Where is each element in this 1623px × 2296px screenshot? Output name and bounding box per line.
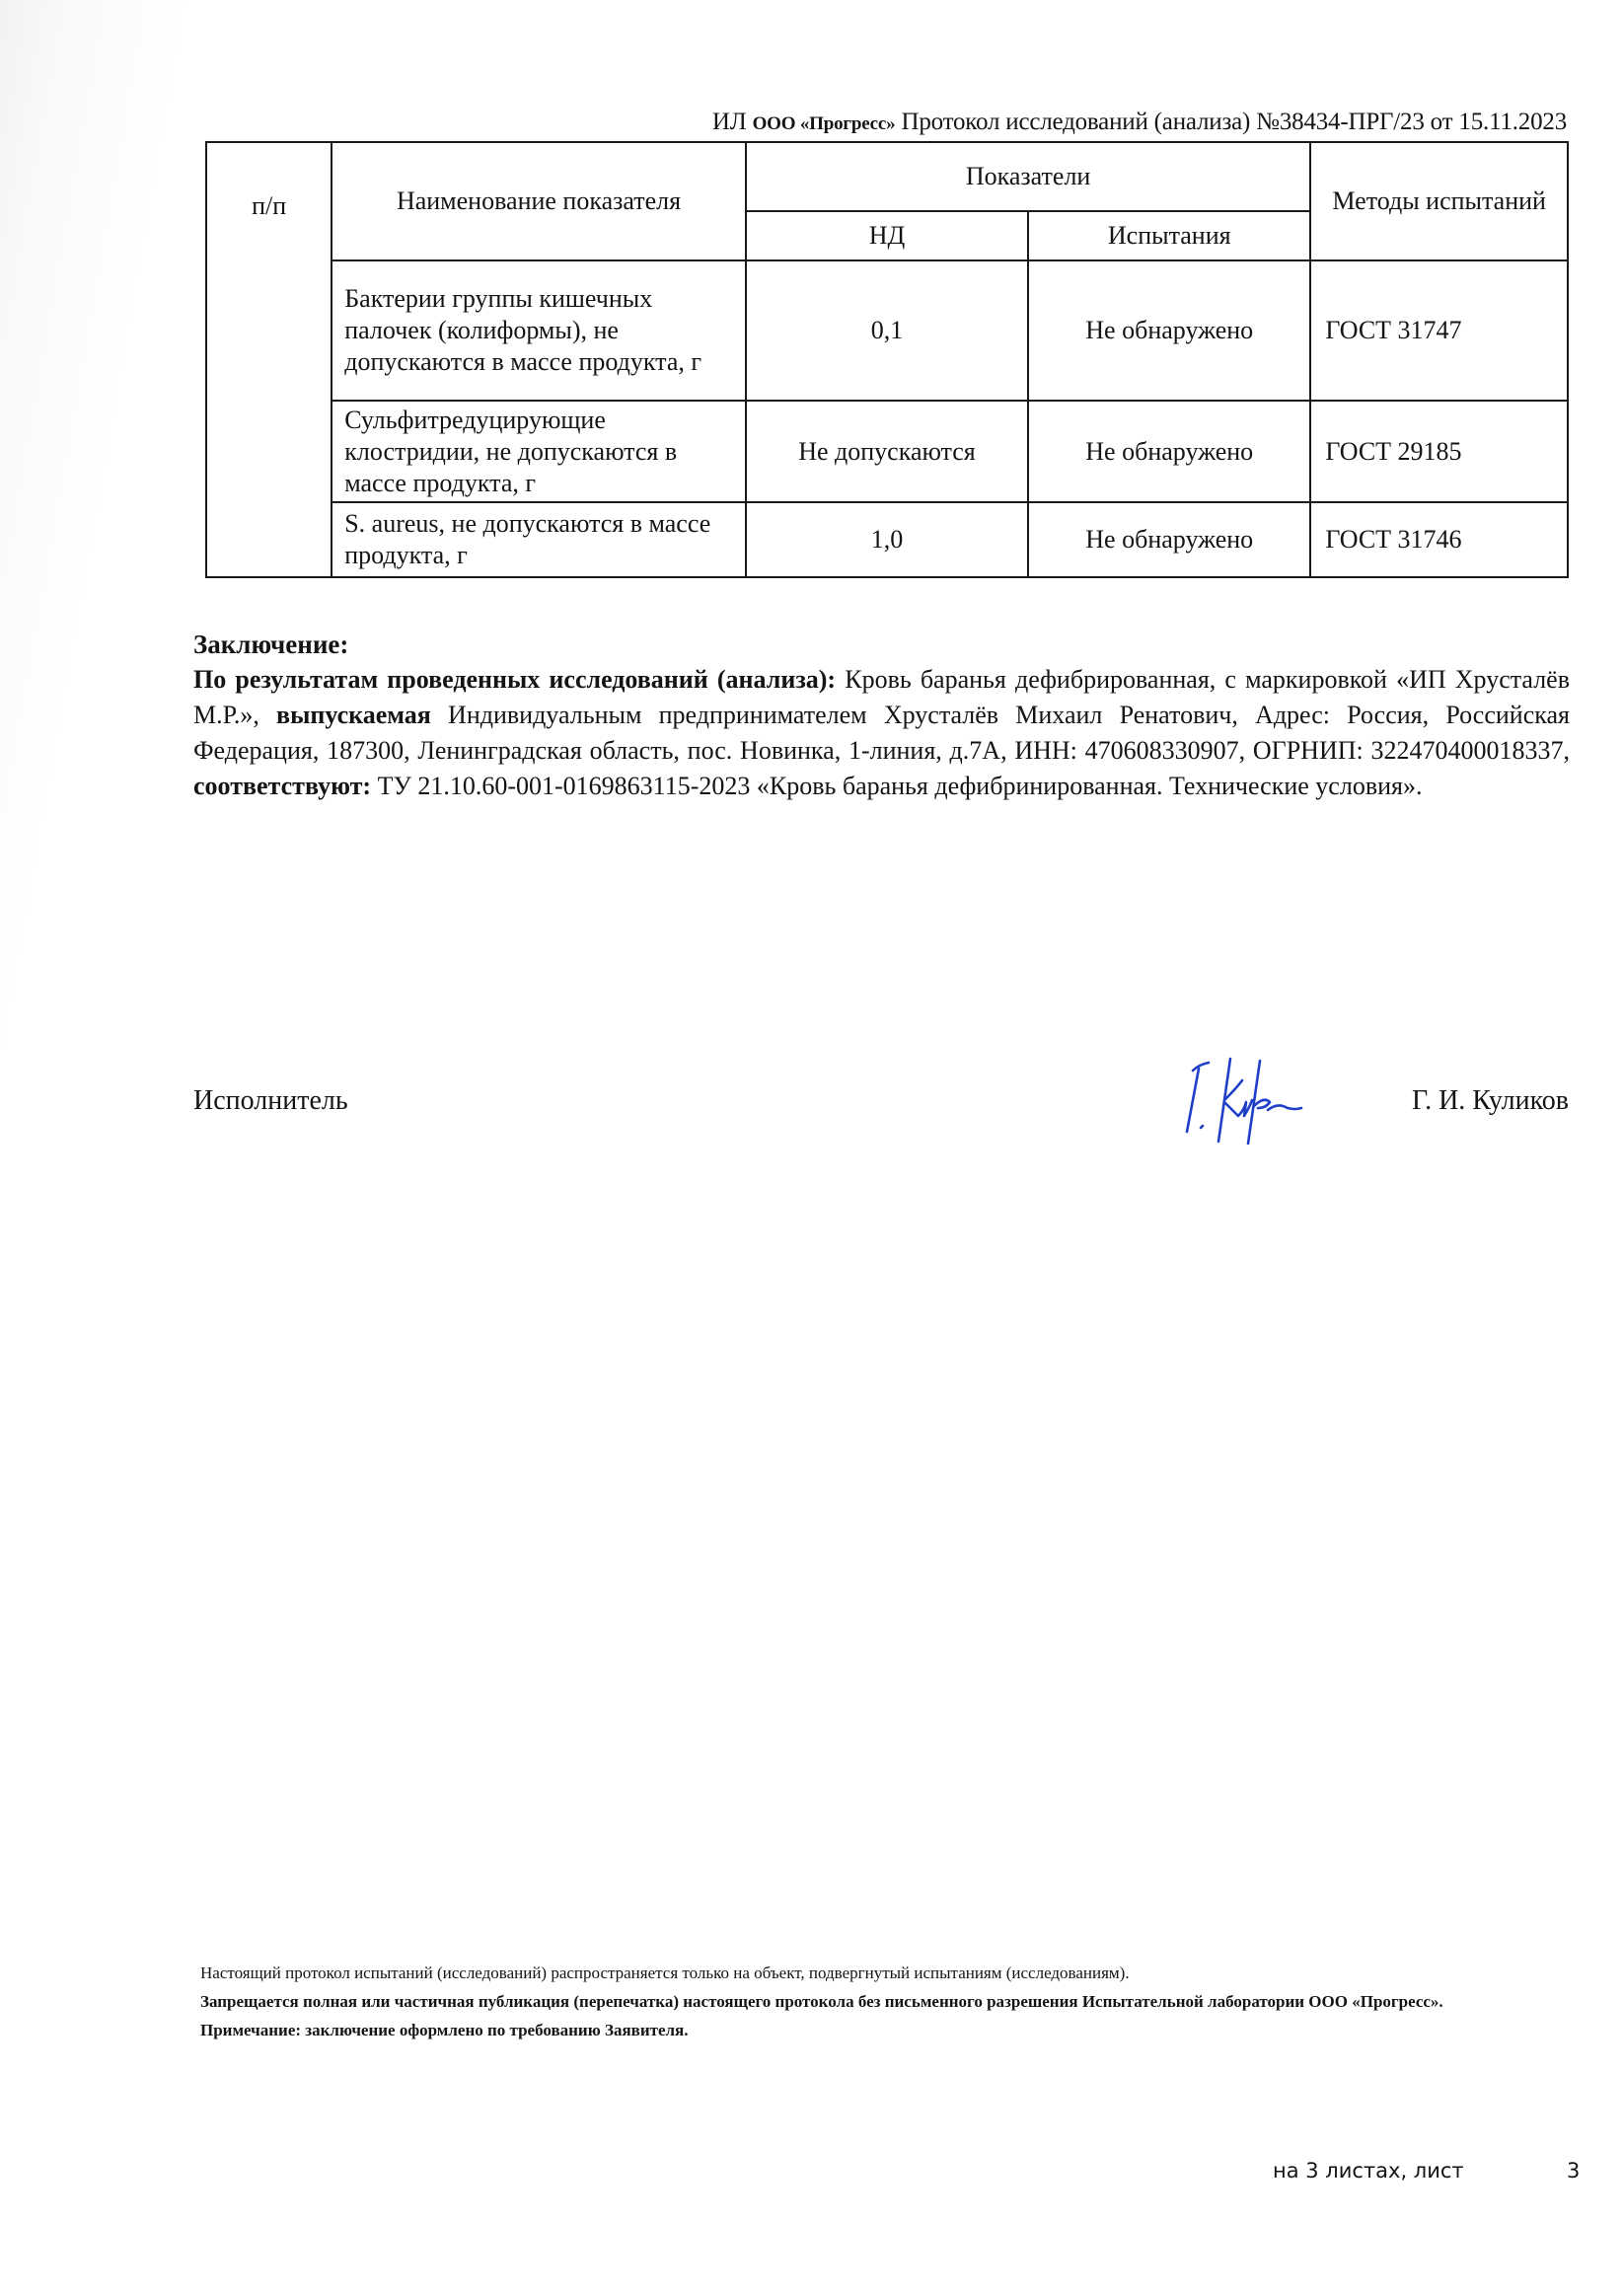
header-methods: Методы испытаний [1310, 142, 1568, 260]
conclusion-lead: По результатам проведенных исследований … [193, 665, 836, 694]
indicator-name: Сульфитредуцирующие клостридии, не допус… [332, 401, 746, 502]
conclusion-keyword: выпускаемая [276, 701, 431, 729]
page-counter: на 3 листах, лист 3 [1273, 2159, 1464, 2183]
conclusion-section: Заключение: По результатам проведенных и… [193, 627, 1570, 804]
indicator-name: Бактерии группы кишечных палочек (колифо… [332, 260, 746, 401]
document-header: ИЛ ООО «Прогресс» Протокол исследований … [712, 109, 1567, 136]
test-method: ГОСТ 31747 [1310, 260, 1568, 401]
org-name: ООО «Прогресс» [753, 113, 896, 134]
conclusion-keyword: соответствуют: [193, 772, 371, 800]
nd-value: 0,1 [746, 260, 1028, 401]
lab-prefix: ИЛ [712, 109, 747, 135]
page-counter-label: на 3 листах, лист [1273, 2159, 1464, 2183]
table-row: Бактерии группы кишечных палочек (колифо… [206, 260, 1568, 401]
footnote-scope: Настоящий протокол испытаний (исследован… [200, 1959, 1562, 1987]
footnotes: Настоящий протокол испытаний (исследован… [200, 1959, 1562, 2044]
table-header-row: п/п Наименование показателя Показатели М… [206, 142, 1568, 211]
test-method: ГОСТ 31746 [1310, 502, 1568, 577]
nd-value: Не допускаются [746, 401, 1028, 502]
conclusion-title: Заключение: [193, 627, 1570, 662]
test-result: Не обнаружено [1028, 401, 1310, 502]
executor-name: Г. И. Куликов [1412, 1085, 1569, 1117]
header-name: Наименование показателя [332, 142, 746, 260]
page-number: 3 [1567, 2159, 1580, 2183]
scan-shadow [0, 0, 197, 2296]
indicator-name: S. aureus, не допускаются в массе продук… [332, 502, 746, 577]
test-result: Не обнаружено [1028, 502, 1310, 577]
signature-icon [1179, 1051, 1327, 1145]
test-method: ГОСТ 29185 [1310, 401, 1568, 502]
executor-label: Исполнитель [193, 1085, 348, 1117]
nd-value: 1,0 [746, 502, 1028, 577]
results-table: п/п Наименование показателя Показатели М… [205, 141, 1569, 578]
header-num: п/п [206, 142, 332, 577]
protocol-number: Протокол исследований (анализа) №38434-П… [901, 109, 1567, 135]
header-nd: НД [746, 211, 1028, 260]
table-row: Сульфитредуцирующие клостридии, не допус… [206, 401, 1568, 502]
conclusion-body: По результатам проведенных исследований … [193, 662, 1570, 804]
header-indicators: Показатели [746, 142, 1311, 211]
test-result: Не обнаружено [1028, 260, 1310, 401]
footnote-copyright: Запрещается полная или частичная публика… [200, 1987, 1562, 2016]
conclusion-text: ТУ 21.10.60-001-0169863115-2023 «Кровь б… [371, 772, 1422, 800]
footnote-note: Примечание: заключение оформлено по треб… [200, 2016, 1562, 2044]
table-row: S. aureus, не допускаются в массе продук… [206, 502, 1568, 577]
header-test: Испытания [1028, 211, 1310, 260]
